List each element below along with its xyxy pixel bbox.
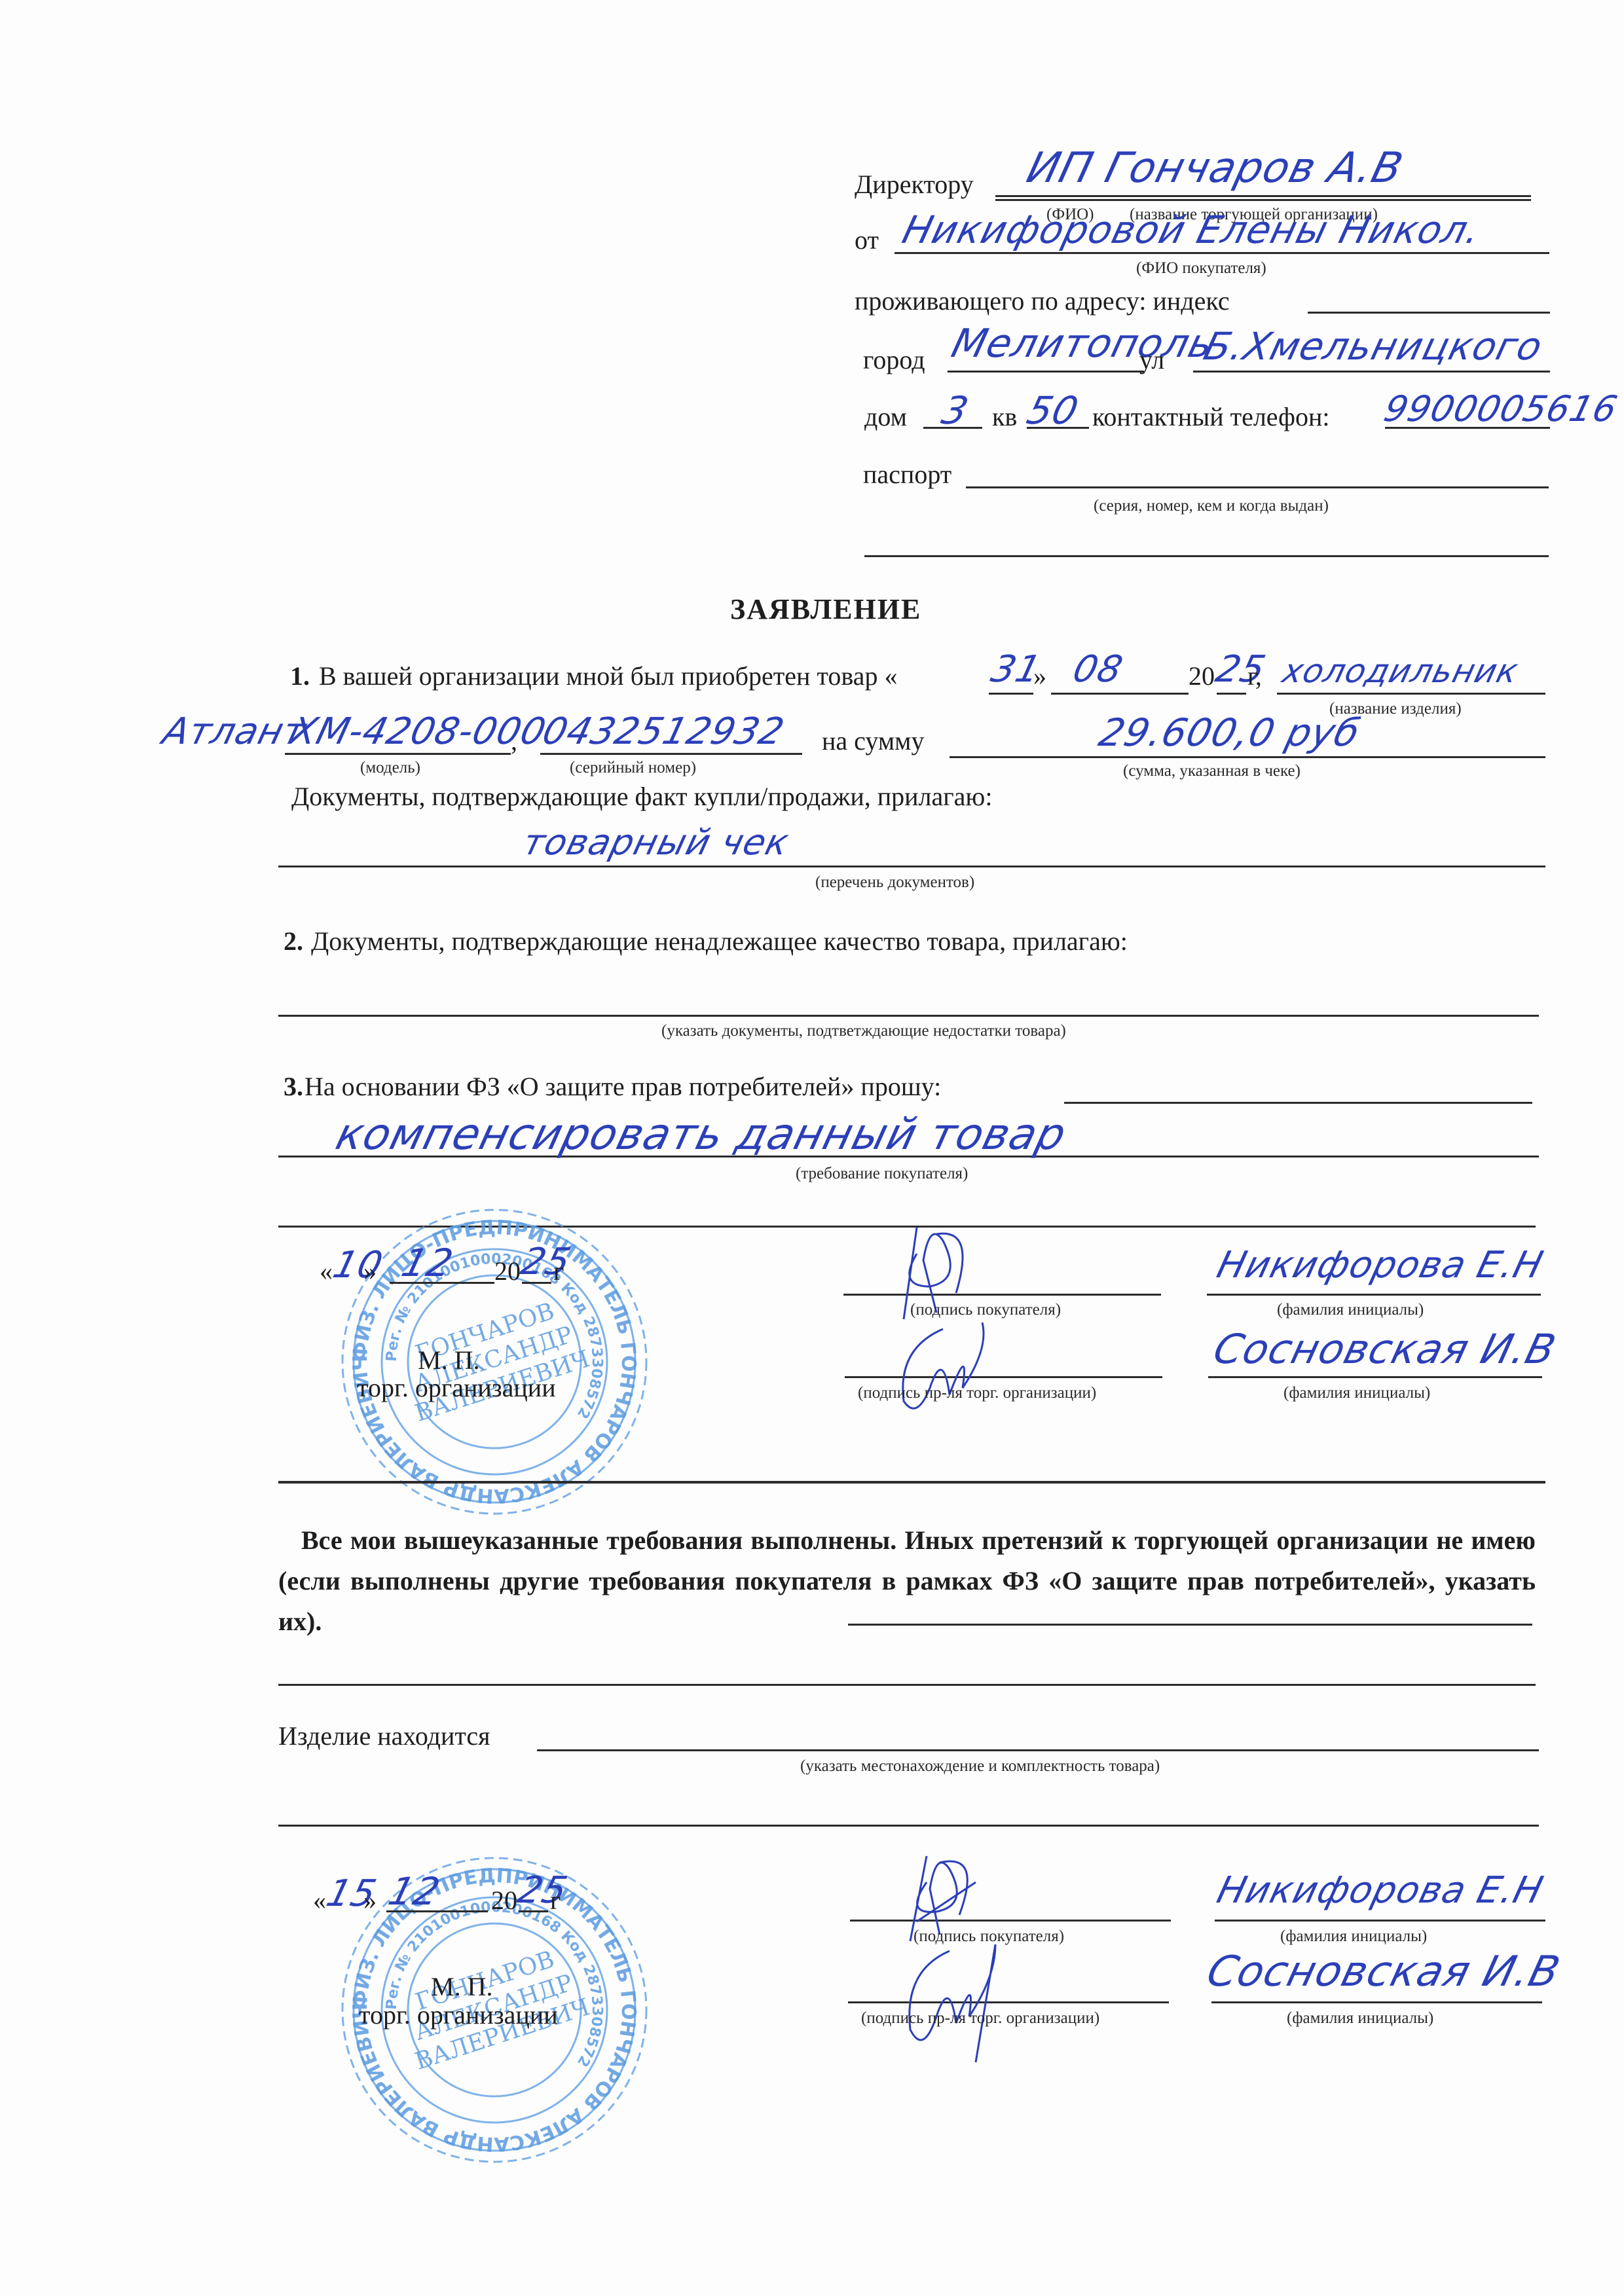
- buyer-name-2-line: [1215, 1920, 1545, 1922]
- buyer-name-1-caption: (фамилия инициалы): [1277, 1302, 1424, 1318]
- section-divider: [278, 1481, 1545, 1484]
- address-index-field[interactable]: [1308, 312, 1550, 314]
- purchase-month-line: [1051, 693, 1189, 695]
- section-3-text: На основании ФЗ «О защите прав потребите…: [304, 1074, 941, 1100]
- section-1-text: В вашей организации мной был приобретен …: [319, 663, 897, 689]
- street-label: ул: [1139, 347, 1164, 373]
- city-label: город: [863, 347, 925, 373]
- comma-separator: ,: [511, 728, 517, 754]
- phone-label: контактный телефон:: [1092, 404, 1329, 430]
- section-3-field[interactable]: компенсировать данный товар: [332, 1113, 1071, 1156]
- docs-label: Документы, подтверждающие факт купли/про…: [291, 784, 992, 810]
- model-line: [285, 753, 511, 755]
- street-field-line: [1193, 371, 1550, 373]
- section-1-number: 1.: [290, 663, 310, 689]
- date-1-year[interactable]: 25: [517, 1244, 574, 1281]
- section-2-field[interactable]: [278, 1015, 1539, 1017]
- mp-2-label: М. П.: [431, 1974, 492, 2000]
- buyer-name-2-field[interactable]: Никифорова Е.Н: [1213, 1872, 1547, 1909]
- model-caption: (модель): [360, 759, 420, 776]
- purchase-month-field[interactable]: 08: [1069, 651, 1126, 688]
- product-field[interactable]: холодильник: [1280, 655, 1522, 687]
- from-caption: (ФИО покупателя): [1136, 260, 1266, 276]
- purchase-day-close: »: [1033, 663, 1046, 689]
- city-field[interactable]: Мелитополь: [948, 324, 1218, 363]
- date-1-day[interactable]: 10: [329, 1247, 386, 1284]
- sum-line: [950, 756, 1545, 758]
- section-3-line-1: [1064, 1102, 1532, 1104]
- purchase-year-prefix: 20: [1189, 663, 1215, 689]
- docs-field[interactable]: товарный чек: [519, 825, 792, 860]
- closing-paragraph-text: Все мои вышеуказанные требования выполне…: [278, 1525, 1536, 1636]
- sum-caption: (сумма, указанная в чеке): [1123, 763, 1301, 779]
- section-2-number: 2.: [284, 928, 303, 955]
- from-field-line: [895, 252, 1549, 254]
- section-3-number: 3.: [284, 1074, 303, 1100]
- director-label: Директору: [855, 172, 974, 198]
- section-3-caption: (требование покупателя): [796, 1165, 968, 1182]
- org-name-1-line: [1208, 1376, 1542, 1378]
- org-name-2-field[interactable]: Сосновская И.В: [1203, 1951, 1564, 1993]
- org-signature-1-caption: (подпись пр-ля торг. организации): [858, 1385, 1096, 1401]
- buyer-name-2-caption: (фамилия инициалы): [1280, 1928, 1427, 1944]
- closing-other-demands-line-2[interactable]: [278, 1684, 1536, 1686]
- house-label: дом: [864, 404, 907, 430]
- org-name-1-caption: (фамилия инициалы): [1283, 1385, 1430, 1401]
- director-field-line: [995, 195, 1531, 197]
- from-field[interactable]: Никифоровой Елены Никол.: [899, 211, 1485, 249]
- serial-field[interactable]: 0432512932: [539, 714, 788, 750]
- org-name-1-field[interactable]: Сосновская И.В: [1209, 1329, 1560, 1370]
- org-signature-2[interactable]: [897, 1931, 1015, 2062]
- apt-label: кв: [992, 404, 1017, 430]
- address-label: проживающего по адресу: индекс: [855, 288, 1230, 314]
- date-2-month[interactable]: 12: [385, 1872, 444, 1910]
- closing-other-demands-line-1[interactable]: [848, 1624, 1532, 1626]
- passport-field[interactable]: [966, 486, 1549, 488]
- item-location-caption: (указать местонахождение и комплектность…: [800, 1758, 1160, 1774]
- passport-field-line-2[interactable]: [864, 555, 1549, 557]
- buyer-name-1-line: [1207, 1294, 1541, 1296]
- buyer-name-1-field[interactable]: Никифорова Е.Н: [1213, 1247, 1547, 1284]
- serial-line: [540, 753, 802, 755]
- date-2-year-suffix: г: [550, 1887, 561, 1914]
- apt-field[interactable]: 50: [1024, 392, 1082, 429]
- item-location-field[interactable]: [537, 1749, 1539, 1751]
- product-line: [1277, 693, 1545, 695]
- street-field[interactable]: Б.Хмельницкого: [1200, 327, 1547, 365]
- docs-line: [278, 866, 1545, 867]
- purchase-year-suffix: г,: [1247, 663, 1262, 689]
- purchase-day-line: [989, 693, 1033, 695]
- org-signature-2-caption: (подпись пр-ля торг. организации): [861, 2010, 1099, 2026]
- item-location-label: Изделие находится: [278, 1723, 490, 1749]
- purchase-year-line: [1217, 693, 1246, 695]
- sum-field[interactable]: 29.600,0 руб: [1096, 714, 1364, 752]
- date-1-close: »: [363, 1258, 377, 1285]
- serial-caption: (серийный номер): [570, 759, 696, 776]
- docs-caption: (перечень документов): [815, 874, 974, 890]
- director-field[interactable]: ИП Гончаров А.В: [1023, 147, 1407, 189]
- director-field-line-2: [995, 199, 1531, 201]
- org-name-2-line: [1211, 2001, 1542, 2003]
- org-name-2-caption: (фамилия инициалы): [1287, 2010, 1433, 2026]
- mp-1-label: М. П.: [418, 1347, 479, 1374]
- phone-field[interactable]: 9900005616: [1380, 392, 1621, 427]
- passport-caption: (серия, номер, кем и когда выдан): [1094, 498, 1329, 514]
- document-title: ЗАЯВЛЕНИЕ: [730, 592, 921, 626]
- date-2-close: »: [363, 1887, 377, 1914]
- sum-label: на сумму: [822, 728, 924, 754]
- date-2-year[interactable]: 25: [514, 1872, 571, 1909]
- mp-2-sub: торг. организации: [359, 2002, 558, 2028]
- section-2-text: Документы, подтверждающие ненадлежащее к…: [311, 928, 1128, 955]
- mp-1-sub: торг. организации: [357, 1375, 556, 1401]
- date-1-month[interactable]: 12: [398, 1244, 457, 1282]
- item-location-line-2[interactable]: [278, 1825, 1539, 1827]
- brand-field[interactable]: Атлант: [159, 714, 310, 750]
- house-field[interactable]: 3: [938, 392, 972, 429]
- section-2-caption: (указать документы, подтветждающие недос…: [661, 1023, 1066, 1039]
- city-field-line: [948, 371, 1144, 373]
- passport-label: паспорт: [863, 462, 951, 488]
- org-signature-1[interactable]: [891, 1309, 1002, 1421]
- date-1-year-suffix: г: [553, 1258, 564, 1285]
- from-label: от: [855, 227, 879, 253]
